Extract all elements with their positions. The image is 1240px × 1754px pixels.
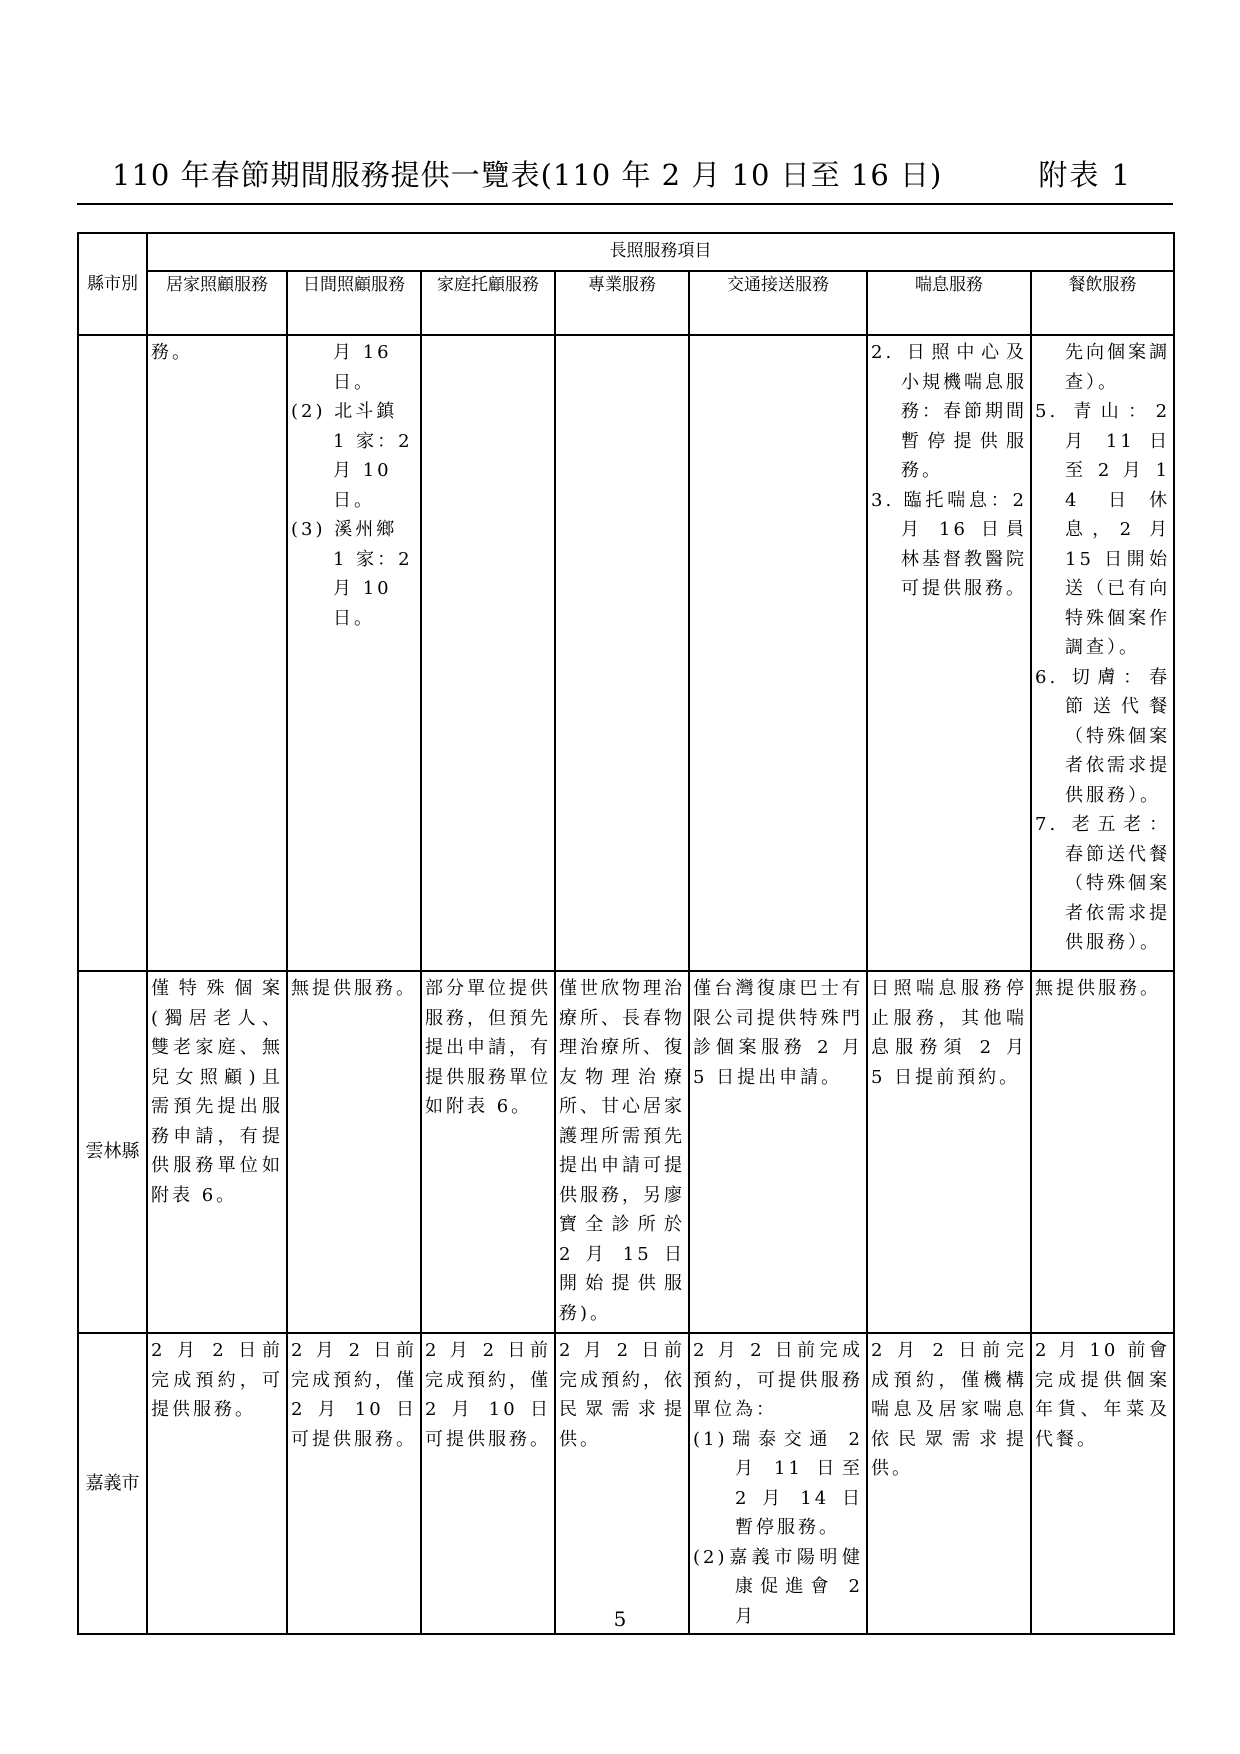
cell-transport: 2 月 2 日前完成預約，可提供服務單位為： (1)瑞泰交通 2 月 11 日至… <box>689 1333 867 1634</box>
cell-professional: 2 月 2 日前完成預約，依民眾需求提供。 <box>555 1333 689 1634</box>
cell-respite: 2. 日照中心及小規機喘息服務：春節期間暫停提供服務。 3. 臨托喘息：2 月 … <box>867 335 1031 971</box>
header-day-care: 日間照顧服務 <box>287 271 421 335</box>
cell-transport: 僅台灣復康巴士有限公司提供特殊門診個案服務 2 月 5 日提出申請。 <box>689 971 867 1333</box>
header-transport: 交通接送服務 <box>689 271 867 335</box>
cell-day-care: 無提供服務。 <box>287 971 421 1333</box>
cell-home-care: 僅特殊個案(獨居老人、雙老家庭、無兒女照顧)且需預先提出服務申請，有提供服務單位… <box>147 971 287 1333</box>
cell-day-care: 2 月 2 日前完成預約，僅 2 月 10 日可提供服務。 <box>287 1333 421 1634</box>
header-family-care: 家庭托顧服務 <box>421 271 555 335</box>
cell-respite: 日照喘息服務停止服務，其他喘息服務須 2 月 5 日提前預約。 <box>867 971 1031 1333</box>
table-row: 嘉義市 2 月 2 日前完成預約，可提供服務。 2 月 2 日前完成預約，僅 2… <box>78 1333 1174 1634</box>
cell-family-care: 部分單位提供服務，但預先提出申請，有提供服務單位如附表 6。 <box>421 971 555 1333</box>
county-cell: 嘉義市 <box>78 1333 147 1634</box>
appendix-label: 附表 1 <box>1038 153 1132 194</box>
cell-professional <box>555 335 689 971</box>
service-table: 縣市別 長照服務項目 居家照顧服務 日間照顧服務 家庭托顧服務 專業服務 交通接… <box>77 232 1175 1635</box>
cell-respite: 2 月 2 日前完成預約，僅機構喘息及居家喘息依民眾需求提供。 <box>867 1333 1031 1634</box>
cell-meal: 先向個案調查）。 5. 青山：2 月 11 日至 2 月 14 日休息，2 月 … <box>1031 335 1174 971</box>
county-cell: 雲林縣 <box>78 971 147 1333</box>
header-group: 長照服務項目 <box>147 233 1174 271</box>
cell-family-care <box>421 335 555 971</box>
county-cell <box>78 335 147 971</box>
header-county: 縣市別 <box>78 233 147 335</box>
cell-professional: 僅世欣物理治療所、長春物理治療所、復友物理治療所、甘心居家護理所需預先提出申請可… <box>555 971 689 1333</box>
title-rule <box>77 203 1173 205</box>
table-row: 務。 月 16 日。 (2) 北斗鎮 1 家：2 月 10 日。 (3) 溪州鄉… <box>78 335 1174 971</box>
page-number: 5 <box>0 1607 1240 1631</box>
header-professional: 專業服務 <box>555 271 689 335</box>
table-row: 雲林縣 僅特殊個案(獨居老人、雙老家庭、無兒女照顧)且需預先提出服務申請，有提供… <box>78 971 1174 1333</box>
header-home-care: 居家照顧服務 <box>147 271 287 335</box>
header-respite: 喘息服務 <box>867 271 1031 335</box>
document-header: 110 年春節期間服務提供一覽表(110 年 2 月 10 日至 16 日) 附… <box>112 150 1132 194</box>
header-meal: 餐飲服務 <box>1031 271 1174 335</box>
document-title: 110 年春節期間服務提供一覽表(110 年 2 月 10 日至 16 日) <box>112 153 942 194</box>
cell-home-care: 務。 <box>147 335 287 971</box>
cell-family-care: 2 月 2 日前完成預約，僅 2 月 10 日可提供服務。 <box>421 1333 555 1634</box>
cell-day-care: 月 16 日。 (2) 北斗鎮 1 家：2 月 10 日。 (3) 溪州鄉 1 … <box>287 335 421 971</box>
cell-meal: 2 月 10 前會完成提供個案年貨、年菜及代餐。 <box>1031 1333 1174 1634</box>
cell-home-care: 2 月 2 日前完成預約，可提供服務。 <box>147 1333 287 1634</box>
cell-transport <box>689 335 867 971</box>
cell-meal: 無提供服務。 <box>1031 971 1174 1333</box>
